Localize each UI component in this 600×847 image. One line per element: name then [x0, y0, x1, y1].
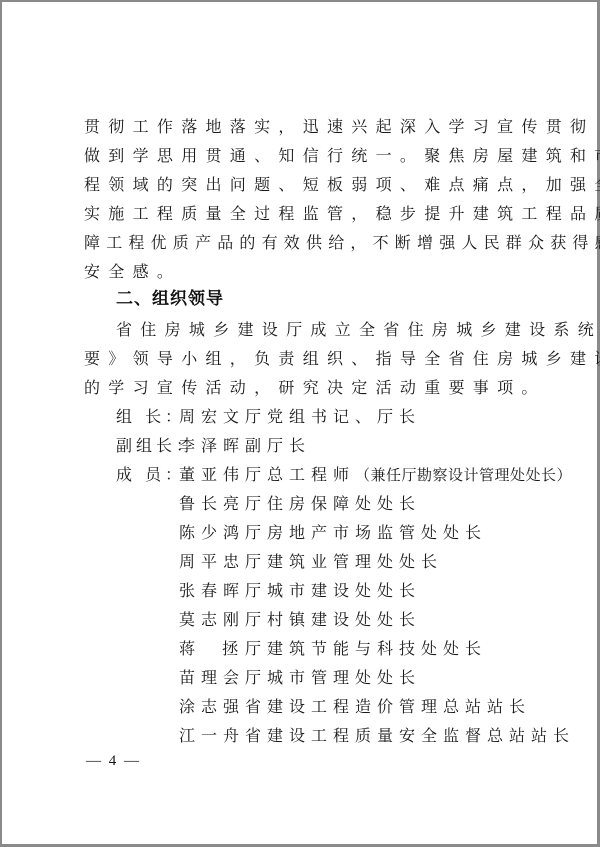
person-name: 鲁长亮 [179, 494, 245, 514]
role-label: 副组长： [116, 436, 179, 456]
person-name: 张春晖 [179, 581, 245, 601]
role-label: 组 长： [116, 407, 179, 427]
person-title: 厅城市管理处处长 [245, 668, 421, 688]
intro-line: 要》领导小组，负责组织、指导全省住房城乡建设系统《纲要》 [84, 349, 529, 369]
person-name: 苗理会 [179, 668, 245, 688]
paragraph-line: 障工程优质产品的有效供给，不断增强人民群众获得感、幸福感、 [84, 233, 529, 253]
person-name: 李泽晖 [179, 436, 245, 456]
person-title: 厅党组书记、厅长 [245, 407, 421, 427]
paragraph-line: 实施工程质量全过程监管，稳步提升建筑工程品质，更大力度保 [84, 204, 529, 224]
intro-line: 省住房城乡建设厅成立全省住房城乡建设系统学习宣传《纲 [116, 320, 529, 340]
title-note: （兼任厅勘察设计管理处处长） [355, 466, 572, 484]
document-page: 贯彻工作落地落实，迅速兴起深入学习宣传贯彻《纲要》的热潮， 做到学思用贯通、知信… [0, 0, 600, 847]
person-name: 周宏文 [179, 407, 245, 427]
person-name: 董亚伟 [179, 465, 245, 485]
person-title: 省建设工程质量安全监督总站站长 [245, 726, 575, 746]
intro-line: 的学习宣传活动，研究决定活动重要事项。 [84, 378, 529, 398]
person-title: 厅总工程师（兼任厅勘察设计管理处处长） [245, 465, 572, 485]
person-title: 副厅长 [245, 436, 311, 456]
person-title: 厅建筑业管理处处长 [245, 552, 443, 572]
person-title: 厅房地产市场监管处处长 [245, 523, 487, 543]
person-name: 周平忠 [179, 552, 245, 572]
person-name: 江一舟 [179, 726, 245, 746]
paragraph-line: 安全感。 [84, 262, 529, 282]
title-text: 厅总工程师 [245, 465, 355, 484]
person-name: 涂志强 [179, 697, 245, 717]
person-title: 厅住房保障处处长 [245, 494, 421, 514]
person-title: 省建设工程造价管理总站站长 [245, 697, 531, 717]
page-number: — 4 — [86, 751, 141, 771]
person-title: 厅城市建设处处长 [245, 581, 421, 601]
role-label: 成 员： [116, 465, 179, 485]
person-name: 莫志刚 [179, 610, 245, 630]
section-heading: 二、组织领导 [116, 288, 224, 310]
person-name: 陈少鸿 [179, 523, 245, 543]
person-title: 厅村镇建设处处长 [245, 610, 421, 630]
paragraph-line: 贯彻工作落地落实，迅速兴起深入学习宣传贯彻《纲要》的热潮， [84, 117, 529, 137]
person-name: 蒋 拯 [179, 639, 249, 659]
paragraph-line: 做到学思用贯通、知信行统一。聚焦房屋建筑和市政基础设施工 [84, 146, 529, 166]
paragraph-line: 程领域的突出问题、短板弱项、难点痛点，加强全面质量管理， [84, 175, 529, 195]
person-title: 厅建筑节能与科技处处长 [245, 639, 487, 659]
